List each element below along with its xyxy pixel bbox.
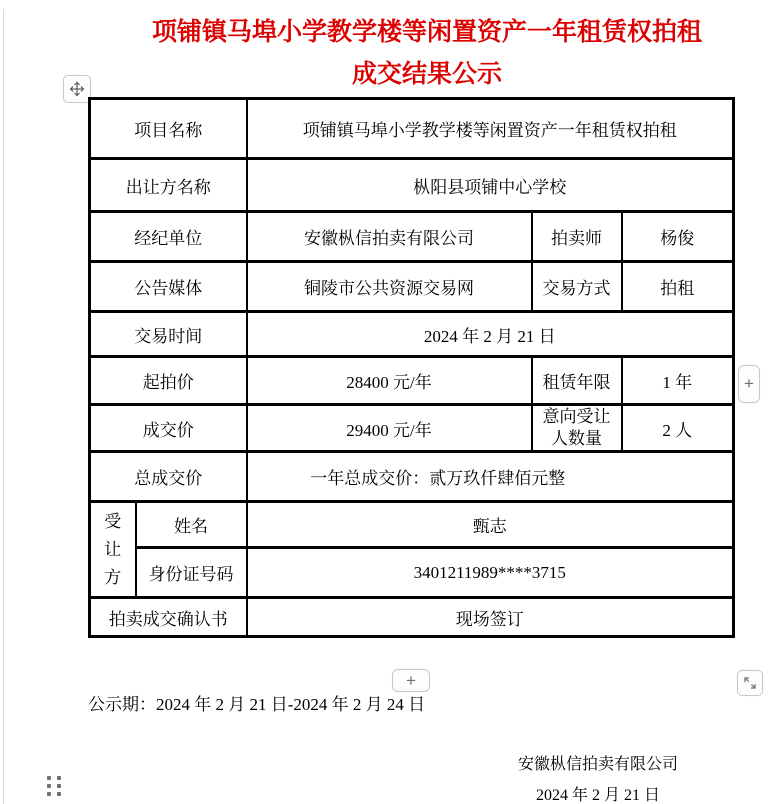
page-edge-line [3,9,4,804]
intent-count-value-cell[interactable]: 2 人 [622,405,734,452]
intent-count-label-cell[interactable]: 意向受让人数量 [532,405,622,452]
broker-label-cell[interactable]: 经纪单位 [90,212,247,262]
deal-price-label-cell[interactable]: 成交价 [90,405,247,452]
auction-result-table: 项目名称 项铺镇马埠小学教学楼等闲置资产一年租赁权拍租 出让方名称 枞阳县项铺中… [88,97,735,638]
document-title-line2: 成交结果公示 [70,54,784,96]
footer-company: 安徽枞信拍卖有限公司 [473,749,723,780]
table-row: 出让方名称 枞阳县项铺中心学校 [90,159,734,212]
drag-handle-icon [47,792,51,796]
media-label-cell[interactable]: 公告媒体 [90,262,247,312]
total-price-value-cell[interactable]: 一年总成交价：贰万玖仟肆佰元整 [247,452,734,502]
add-column-button[interactable]: + [738,365,760,403]
media-value-cell[interactable]: 铜陵市公共资源交易网 [247,262,532,312]
plus-icon: + [406,671,416,691]
footer-date: 2024 年 2 月 21 日 [473,780,723,804]
transferee-id-value-cell[interactable]: 3401211989****3715 [247,548,734,598]
trade-mode-value-cell[interactable]: 拍租 [622,262,734,312]
confirmation-label-cell[interactable]: 拍卖成交确认书 [90,598,247,637]
document-title: 项铺镇马埠小学教学楼等闲置资产一年租赁权拍租 成交结果公示 [70,12,784,96]
document-page: { "title": { "line1": "项铺镇马埠小学教学楼等闲置资产一年… [0,0,784,804]
document-title-line1: 项铺镇马埠小学教学楼等闲置资产一年租赁权拍租 [70,12,784,54]
table-row: 公告媒体 铜陵市公共资源交易网 交易方式 拍租 [90,262,734,312]
notice-period-text: 公示期：2024 年 2 月 21 日-2024 年 2 月 24 日 [88,690,425,715]
table-row: 总成交价 一年总成交价：贰万玖仟肆佰元整 [90,452,734,502]
transferor-label-cell[interactable]: 出让方名称 [90,159,247,212]
drag-handle-icon [47,776,51,780]
confirmation-value-cell[interactable]: 现场签订 [247,598,734,637]
drag-handle-icon [57,792,61,796]
table-row: 拍卖成交确认书 现场签订 [90,598,734,637]
trade-time-value-cell[interactable]: 2024 年 2 月 21 日 [247,312,734,357]
table-row: 交易时间 2024 年 2 月 21 日 [90,312,734,357]
start-price-value-cell[interactable]: 28400 元/年 [247,357,532,405]
project-name-value-cell[interactable]: 项铺镇马埠小学教学楼等闲置资产一年租赁权拍租 [247,99,734,159]
drag-handle-icon [47,784,51,788]
table-row: 项目名称 项铺镇马埠小学教学楼等闲置资产一年租赁权拍租 [90,99,734,159]
trade-mode-label-cell[interactable]: 交易方式 [532,262,622,312]
table-move-handle[interactable] [63,75,91,103]
table-row: 受让方 姓名 甄志 [90,502,734,548]
deal-price-value-cell[interactable]: 29400 元/年 [247,405,532,452]
table-resize-handle[interactable] [737,670,763,696]
block-drag-handle[interactable] [47,776,62,797]
move-icon [68,80,86,98]
lease-term-value-cell[interactable]: 1 年 [622,357,734,405]
table-row: 起拍价 28400 元/年 租赁年限 1 年 [90,357,734,405]
add-row-button[interactable]: + [392,669,430,692]
trade-time-label-cell[interactable]: 交易时间 [90,312,247,357]
drag-handle-icon [57,784,61,788]
drag-handle-icon [57,776,61,780]
broker-value-cell[interactable]: 安徽枞信拍卖有限公司 [247,212,532,262]
auctioneer-value-cell[interactable]: 杨俊 [622,212,734,262]
transferee-id-label-cell[interactable]: 身份证号码 [136,548,247,598]
total-price-label-cell[interactable]: 总成交价 [90,452,247,502]
plus-icon: + [744,374,754,394]
resize-diagonal-icon [741,674,759,692]
transferee-name-value-cell[interactable]: 甄志 [247,502,734,548]
footer-signature: 安徽枞信拍卖有限公司 2024 年 2 月 21 日 [473,749,723,804]
table-row: 身份证号码 3401211989****3715 [90,548,734,598]
project-name-label-cell[interactable]: 项目名称 [90,99,247,159]
transferee-group-label-cell[interactable]: 受让方 [90,502,136,598]
lease-term-label-cell[interactable]: 租赁年限 [532,357,622,405]
table-row: 成交价 29400 元/年 意向受让人数量 2 人 [90,405,734,452]
auctioneer-label-cell[interactable]: 拍卖师 [532,212,622,262]
transferor-value-cell[interactable]: 枞阳县项铺中心学校 [247,159,734,212]
table-row: 经纪单位 安徽枞信拍卖有限公司 拍卖师 杨俊 [90,212,734,262]
start-price-label-cell[interactable]: 起拍价 [90,357,247,405]
transferee-name-label-cell[interactable]: 姓名 [136,502,247,548]
